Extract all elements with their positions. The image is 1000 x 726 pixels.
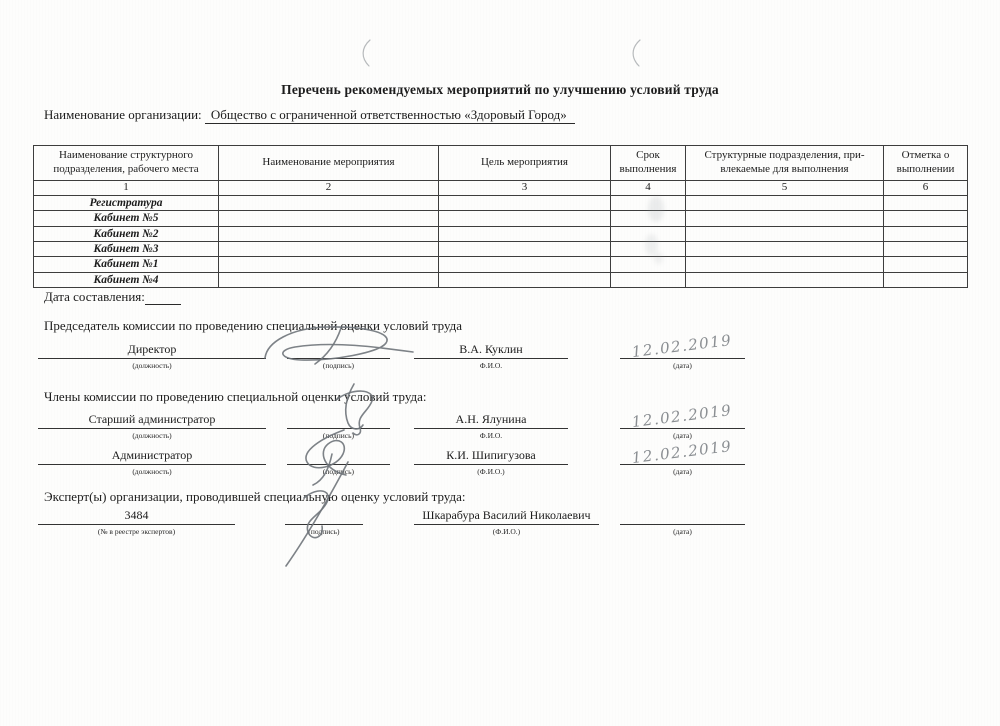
- position-value: Старший администратор: [38, 411, 266, 429]
- name-label: Ф.И.О.: [414, 359, 568, 370]
- position-value: Администратор: [38, 447, 266, 465]
- scan-smudge: [648, 196, 664, 222]
- table-row: Кабинет №4: [34, 272, 968, 287]
- date-field: 12.02.2019: [620, 411, 745, 429]
- empty-cell: [439, 272, 611, 287]
- empty-cell: [219, 211, 439, 226]
- experts-section-heading: Эксперт(ы) организации, проводившей спец…: [44, 489, 465, 505]
- stray-pen-mark: [626, 38, 646, 68]
- col-header-department: Наименование структурного подразделения,…: [34, 146, 219, 181]
- empty-cell: [884, 211, 968, 226]
- signature-label: (подпись): [285, 525, 363, 536]
- department-cell: Регистратура: [34, 195, 219, 210]
- signature-blank: [287, 447, 390, 465]
- date-label: (дата): [620, 359, 745, 370]
- name-value: А.Н. Ялунина: [414, 411, 568, 429]
- empty-cell: [884, 257, 968, 272]
- name-value: К.И. Шипигузова: [414, 447, 568, 465]
- signature-label: (подпись): [287, 359, 390, 370]
- department-cell: Кабинет №3: [34, 241, 219, 256]
- empty-cell: [439, 226, 611, 241]
- table-row: Кабинет №2: [34, 226, 968, 241]
- organization-label: Наименование организации:: [44, 107, 202, 122]
- department-cell: Кабинет №4: [34, 272, 219, 287]
- document-title: Перечень рекомендуемых мероприятий по ул…: [0, 82, 1000, 98]
- department-cell: Кабинет №5: [34, 211, 219, 226]
- scan-smudge: [654, 252, 663, 264]
- table-row: Регистратура: [34, 195, 968, 210]
- signature-label: (подпись): [287, 429, 390, 440]
- column-number: 1: [34, 181, 219, 196]
- position-label: (должность): [38, 359, 266, 370]
- column-number-row: 1 2 3 4 5 6: [34, 181, 968, 196]
- empty-cell: [439, 211, 611, 226]
- empty-cell: [686, 241, 884, 256]
- date-label: (дата): [620, 465, 745, 476]
- measures-table: Наименование структурного подразделения,…: [33, 145, 968, 288]
- date-compiled-label: Дата составления:: [44, 289, 145, 304]
- empty-cell: [439, 257, 611, 272]
- expert-registry-number: 3484: [38, 507, 235, 525]
- name-label: Ф.И.О.: [414, 429, 568, 440]
- empty-cell: [884, 272, 968, 287]
- date-field: 12.02.2019: [620, 447, 745, 465]
- empty-cell: [884, 241, 968, 256]
- signature-row-member-1: Старший администратор (должность) (подпи…: [38, 411, 745, 440]
- col-header-purpose: Цель мероприятия: [439, 146, 611, 181]
- position-label: (должность): [38, 465, 266, 476]
- empty-cell: [611, 272, 686, 287]
- empty-cell: [686, 272, 884, 287]
- organization-value: Общество с ограниченной ответственностью…: [205, 107, 575, 124]
- signature-blank: [287, 411, 390, 429]
- position-value: Директор: [38, 341, 266, 359]
- empty-cell: [884, 195, 968, 210]
- name-label: (Ф.И.О.): [414, 525, 599, 536]
- name-value: В.А. Куклин: [414, 341, 568, 359]
- table-row: Кабинет №3: [34, 241, 968, 256]
- handwritten-date: 12.02.2019: [631, 402, 733, 431]
- empty-cell: [219, 226, 439, 241]
- expert-registry-label: (№ в реестре экспертов): [38, 525, 235, 536]
- column-number: 2: [219, 181, 439, 196]
- handwritten-date: 12.02.2019: [631, 332, 733, 361]
- column-number: 3: [439, 181, 611, 196]
- empty-cell: [219, 257, 439, 272]
- table-header-row: Наименование структурного подразделения,…: [34, 146, 968, 181]
- empty-cell: [219, 195, 439, 210]
- col-header-completion-mark: Отметка о выполнении: [884, 146, 968, 181]
- department-cell: Кабинет №1: [34, 257, 219, 272]
- table-row: Кабинет №1: [34, 257, 968, 272]
- members-section-heading: Члены комиссии по проведению специальной…: [44, 389, 427, 405]
- position-label: (должность): [38, 429, 266, 440]
- handwritten-date: 12.02.2019: [631, 438, 733, 467]
- signature-label: (подпись): [287, 465, 390, 476]
- stray-pen-mark: [356, 38, 376, 68]
- empty-cell: [219, 272, 439, 287]
- date-field: 12.02.2019: [620, 341, 745, 359]
- col-header-measure: Наименование мероприятия: [219, 146, 439, 181]
- scanned-document-page: Перечень рекомендуемых мероприятий по ул…: [0, 0, 1000, 726]
- empty-cell: [439, 195, 611, 210]
- signature-row-chairman: Директор (должность) (подпись) В.А. Кукл…: [38, 341, 745, 370]
- column-number: 5: [686, 181, 884, 196]
- name-value: Шкарабура Василий Николаевич: [414, 507, 599, 525]
- col-header-deadline: Срок выполнения: [611, 146, 686, 181]
- signature-row-expert: 3484 (№ в реестре экспертов) (подпись) Ш…: [38, 507, 745, 536]
- signature-row-member-2: Администратор (должность) (подпись) К.И.…: [38, 447, 745, 476]
- date-compiled-line: Дата составления:: [44, 289, 181, 305]
- empty-cell: [884, 226, 968, 241]
- empty-cell: [686, 257, 884, 272]
- empty-cell: [439, 241, 611, 256]
- empty-cell: [686, 211, 884, 226]
- chairman-section-heading: Председатель комиссии по проведению спец…: [44, 318, 462, 334]
- date-compiled-blank: [145, 292, 181, 305]
- column-number: 4: [611, 181, 686, 196]
- department-cell: Кабинет №2: [34, 226, 219, 241]
- date-label: (дата): [620, 525, 745, 536]
- col-header-involved-units: Структурные подразделения, при-влекаемые…: [686, 146, 884, 181]
- column-number: 6: [884, 181, 968, 196]
- table-row: Кабинет №5: [34, 211, 968, 226]
- empty-cell: [686, 226, 884, 241]
- name-label: (Ф.И.О.): [414, 465, 568, 476]
- empty-cell: [686, 195, 884, 210]
- empty-cell: [611, 257, 686, 272]
- signature-blank: [287, 341, 390, 359]
- organization-line: Наименование организации: Общество с огр…: [44, 107, 575, 123]
- empty-cell: [219, 241, 439, 256]
- signature-blank: [285, 507, 363, 525]
- date-field: [620, 507, 745, 525]
